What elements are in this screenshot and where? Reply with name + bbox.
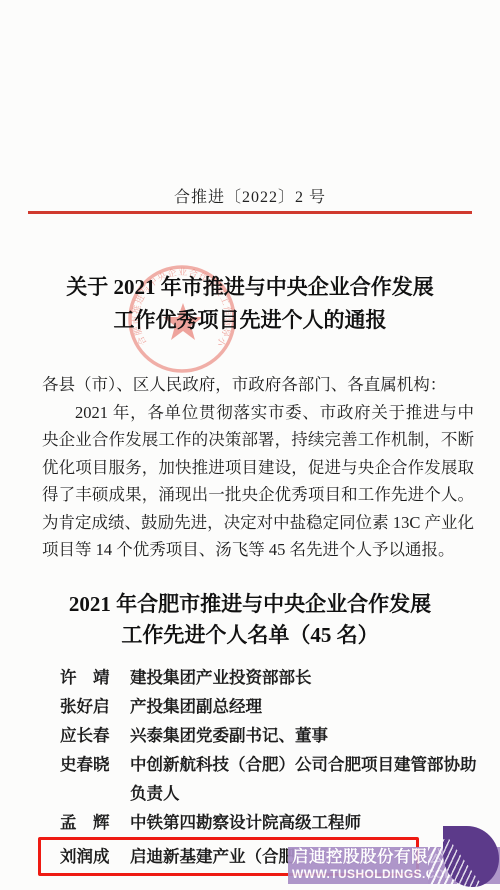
document-body: 各县（市）、区人民政府，市政府各部门、各直属机构： 2021 年，各单位贯彻落实… <box>42 371 474 564</box>
list-item: 应长春 兴泰集团党委副书记、董事 <box>60 721 478 750</box>
leaf-stripes-pattern <box>443 826 499 887</box>
person-name: 孟 辉 <box>60 808 110 837</box>
person-description: 兴泰集团党委副书记、董事 <box>130 721 478 750</box>
list-item: 孟 辉 中铁第四勘察设计院高级工程师 <box>60 808 478 837</box>
person-description: 产投集团副总经理 <box>130 692 478 721</box>
person-name: 史春晓 <box>60 750 110 779</box>
notice-title-line1: 关于 2021 年市推进与中央企业合作发展 <box>0 271 500 304</box>
person-name: 应长春 <box>60 721 110 750</box>
salutation-line: 各县（市）、区人民政府，市政府各部门、各直属机构： <box>42 371 474 399</box>
notice-title: 关于 2021 年市推进与中央企业合作发展 工作优秀项目先进个人的通报 <box>0 271 500 337</box>
person-description: 中铁第四勘察设计院高级工程师 <box>130 808 478 837</box>
person-name: 张好启 <box>60 692 110 721</box>
person-description: 中创新航科技（合肥）公司合肥项目建管部协助负责人 <box>130 750 478 808</box>
red-header-title: 合肥市推进与中央企业合作发展工作领导小组 <box>0 33 500 117</box>
list-title-line1: 2021 年合肥市推进与中央企业合作发展 <box>0 589 500 620</box>
red-divider-line <box>28 211 472 214</box>
document-number: 合推进〔2022〕2 号 <box>0 188 500 208</box>
list-item: 张好启 产投集团副总经理 <box>60 692 478 721</box>
list-title: 2021 年合肥市推进与中央企业合作发展 工作先进个人名单（45 名） <box>0 589 500 651</box>
tus-holdings-leaf-logo-icon <box>443 826 499 887</box>
person-name: 许 靖 <box>60 663 110 692</box>
list-item: 许 靖 建投集团产业投资部部长 <box>60 663 478 692</box>
notice-title-line2: 工作优秀项目先进个人的通报 <box>0 304 500 337</box>
person-description: 建投集团产业投资部部长 <box>130 663 478 692</box>
document-page: 合肥市推进与中央企业合作发展工作领导小组 合推进〔2022〕2 号 合肥市推进与… <box>0 0 500 890</box>
list-title-line2: 工作先进个人名单（45 名） <box>0 620 500 651</box>
list-item: 史春晓 中创新航科技（合肥）公司合肥项目建管部协助负责人 <box>60 750 478 808</box>
body-paragraph: 2021 年，各单位贯彻落实市委、市政府关于推进与中央企业合作发展工作的决策部署… <box>42 399 474 564</box>
